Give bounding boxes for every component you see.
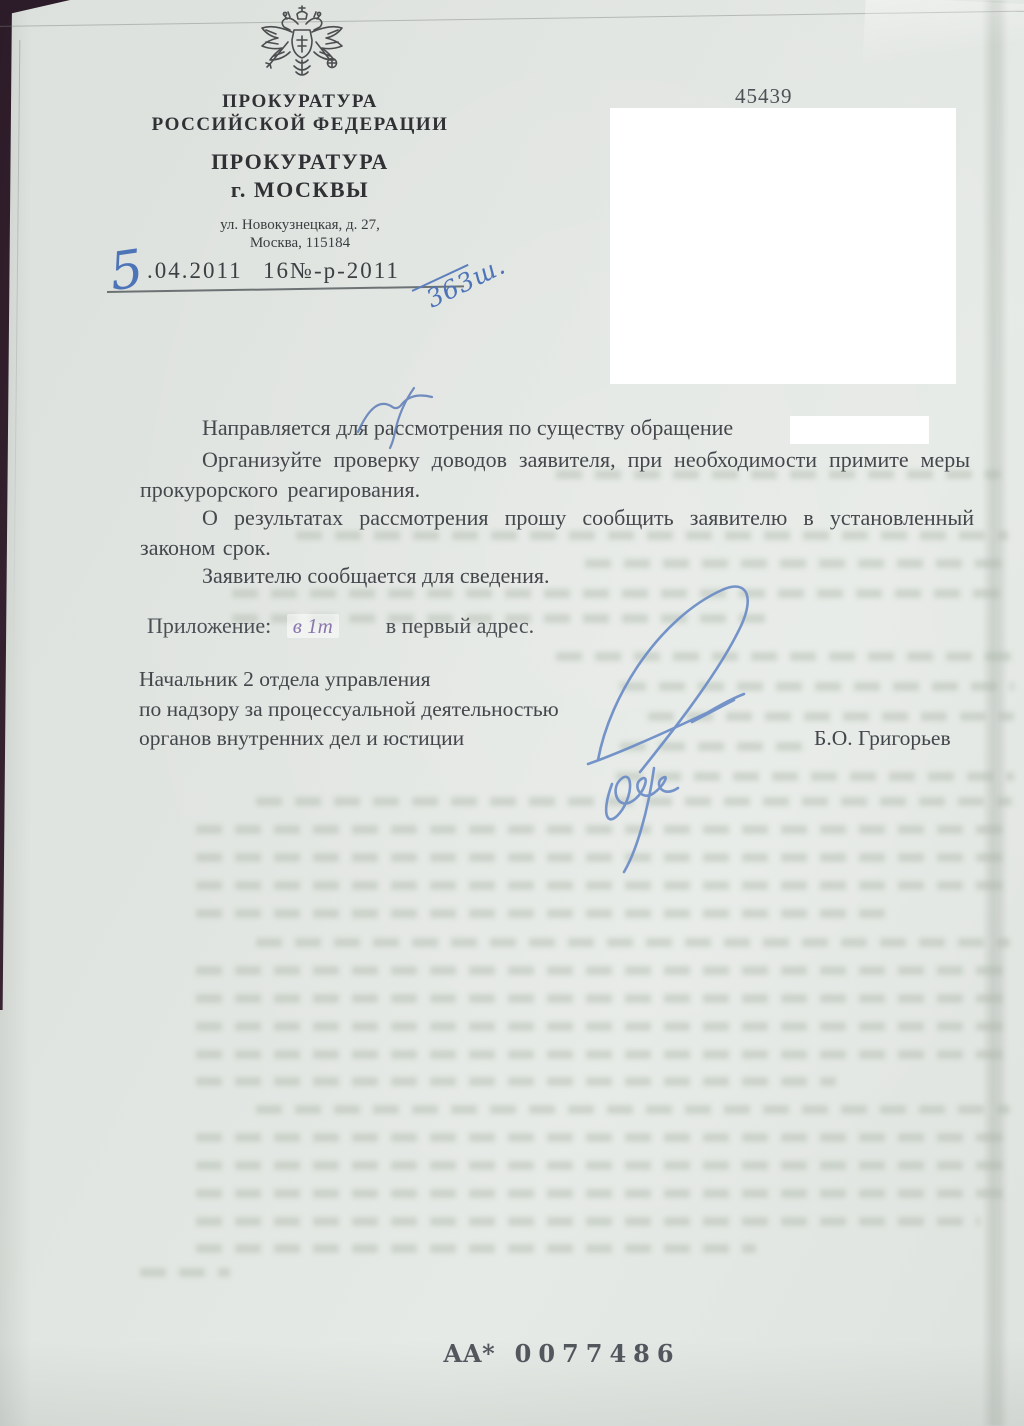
redaction-box-small: [790, 416, 929, 444]
bleedthrough-line: [196, 1189, 1012, 1198]
org-name-line2: РОССИЙСКОЙ ФЕДЕРАЦИИ: [118, 113, 482, 136]
signer-name: Б.О. Григорьев: [814, 726, 951, 751]
bleedthrough-line: [196, 1217, 980, 1226]
signer-title-line3: органов внутренних дел и юстиции: [139, 724, 559, 754]
handwritten-checkmark: [350, 386, 450, 458]
letterhead: ПРОКУРАТУРА РОССИЙСКОЙ ФЕДЕРАЦИИ ПРОКУРА…: [118, 90, 482, 252]
bleedthrough-line: [140, 1268, 230, 1277]
coat-of-arms-eagle-icon: [254, 2, 350, 90]
address-line1: ул. Новокузнецкая, д. 27,: [118, 216, 482, 234]
document-number: 16№-р-2011: [263, 258, 400, 284]
form-serial-number: 0077486: [515, 1339, 681, 1368]
bleedthrough-line: [196, 966, 1012, 975]
signer-title-line1: Начальник 2 отдела управления: [139, 665, 559, 695]
body-paragraph-2: Организуйте проверку доводов заявителя, …: [140, 445, 970, 505]
signer-title-block: Начальник 2 отдела управления по надзору…: [139, 665, 559, 754]
redaction-box-large: [610, 108, 956, 384]
bleedthrough-line: [196, 1161, 1012, 1170]
form-serial: АА*0077486: [443, 1339, 681, 1368]
signer-title-line2: по надзору за процессуальной деятельност…: [139, 695, 559, 725]
bleedthrough-line: [196, 909, 896, 918]
bleedthrough-line: [196, 1022, 1012, 1031]
dept-name-line2: г. МОСКВЫ: [118, 177, 482, 203]
dept-name-line1: ПРОКУРАТУРА: [118, 149, 482, 175]
bleedthrough-line: [196, 1050, 1012, 1059]
bleedthrough-line: [256, 1105, 1010, 1114]
attachment-text: в первый адрес.: [386, 613, 534, 638]
handwritten-signature: [548, 572, 788, 892]
form-serial-prefix: АА*: [443, 1339, 495, 1368]
incoming-number: 45439: [735, 84, 793, 109]
paper-highlight: [862, 0, 1024, 74]
address-line2: Москва, 115184: [118, 234, 482, 252]
bleedthrough-line: [256, 938, 1010, 947]
bleedthrough-line: [196, 1244, 756, 1253]
bleedthrough-line: [196, 1133, 1012, 1142]
attachment-line: Приложение: в 1т в первый адрес.: [147, 613, 534, 639]
body-paragraph-3: О результатах рассмотрения прошу сообщит…: [140, 503, 974, 563]
attachment-handwritten-value: в 1т: [287, 614, 339, 638]
bleedthrough-line: [196, 994, 1012, 1003]
bleedthrough-line: [196, 1077, 836, 1086]
scanned-letter-photo: ПРОКУРАТУРА РОССИЙСКОЙ ФЕДЕРАЦИИ ПРОКУРА…: [0, 0, 1024, 1426]
printed-date: .04.2011: [147, 258, 243, 284]
attachment-label: Приложение:: [147, 613, 271, 638]
org-name-line1: ПРОКУРАТУРА: [118, 90, 482, 113]
